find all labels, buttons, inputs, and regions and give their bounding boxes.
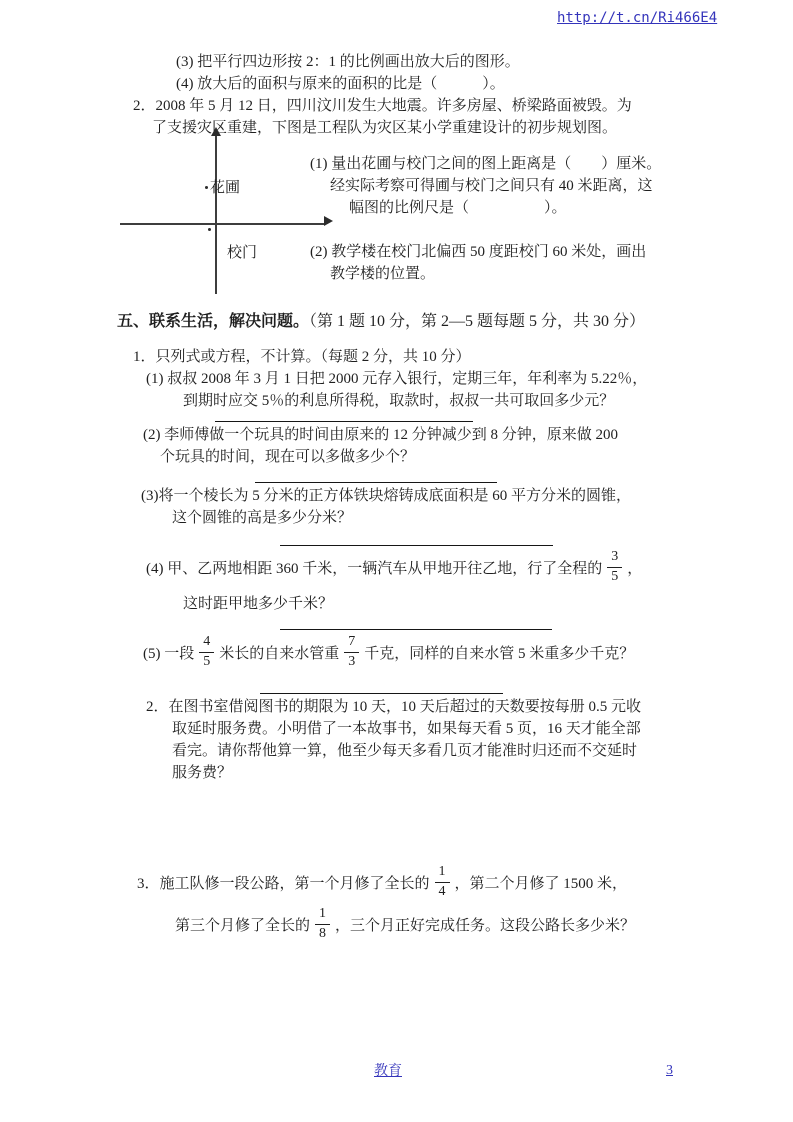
fraction-1-4: 1 4: [435, 865, 450, 899]
prev-item-3: (3) 把平行四边形按 2：1 的比例画出放大后的图形。: [176, 53, 520, 72]
fraction-denominator: 4: [435, 882, 450, 900]
s5-q3-line2-text-post: ，三个月正好完成任务。这段公路长多少米？: [335, 914, 635, 935]
s5-sub1-line2: 到期时应交 5％的利息所得税，取款时，叔叔一共可取回多少元？: [183, 392, 614, 411]
horizontal-axis-line: [120, 223, 326, 225]
map-q1-line1: (1) 量出花圃与校门之间的图上距离是（ ）厘米。: [310, 155, 661, 174]
fraction-7-3: 7 3: [344, 635, 359, 669]
fraction-numerator: 7: [344, 635, 359, 652]
answer-blank-line-5: [260, 693, 503, 694]
garden-label: 花圃: [210, 176, 240, 197]
fraction-1-8: 1 8: [315, 907, 330, 941]
map-q1-line2: 经实际考察可得圃与校门之间只有 40 米距离，这: [330, 177, 653, 196]
fraction-denominator: 5: [199, 652, 214, 670]
s5-sub4-text-pre: (4) 甲、乙两地相距 360 千米，一辆汽车从甲地开往乙地，行了全程的: [146, 557, 602, 578]
s5-q2-line1: 2．在图书室借阅图书的期限为 10 天，10 天后超过的天数要按每册 0.5 元…: [146, 698, 641, 717]
footer-page-number[interactable]: 3: [666, 1061, 673, 1080]
fraction-4-5: 4 5: [199, 635, 214, 669]
s5-sub4-text-post: ，: [627, 557, 642, 578]
s5-q2-line3: 看完。请你帮他算一算，他至少每天多看几页才能准时归还而不交延时: [172, 742, 637, 761]
s5-q2-line2: 取延时服务费。小明借了一本故事书，如果每天看 5 页，16 天才能全部: [172, 720, 641, 739]
east-arrow-icon: [324, 216, 333, 226]
north-arrow-icon: [211, 127, 221, 136]
fraction-denominator: 8: [315, 924, 330, 942]
answer-blank-line-4: [280, 629, 552, 630]
footer-site-link[interactable]: 教育: [374, 1062, 402, 1081]
garden-point-marker: [205, 186, 208, 189]
fraction-denominator: 3: [344, 652, 359, 670]
s5-sub3-line1: (3)将一个棱长为 5 分米的正方体铁块熔铸成底面积是 60 平方分米的圆锥，: [141, 487, 631, 506]
s5-q3-line2-text-pre: 第三个月修了全长的: [175, 914, 310, 935]
vertical-axis-line: [215, 135, 217, 294]
exam-page: http://t.cn/Ri466E4 (3) 把平行四边形按 2：1 的比例画…: [0, 0, 793, 1122]
fraction-numerator: 1: [315, 907, 330, 924]
fraction-numerator: 1: [435, 865, 450, 882]
s5-sub5-text-mid: 米长的自来水管重: [219, 642, 339, 663]
origin-point-marker: [208, 228, 211, 231]
s5-sub1-line1: (1) 叔叔 2008 年 3 月 1 日把 2000 元存入银行，定期三年，年…: [146, 370, 647, 389]
gate-label: 校门: [227, 241, 257, 262]
question2-intro-line1: 2．2008 年 5 月 12 日，四川汶川发生大地震。许多房屋、桥梁路面被毁。…: [133, 97, 632, 116]
header-source-link[interactable]: http://t.cn/Ri466E4: [557, 9, 717, 28]
s5-sub2-line2: 个玩具的时间，现在可以多做多少个？: [160, 448, 415, 467]
s5-sub3-line2: 这个圆锥的高是多少分米？: [172, 509, 352, 528]
map-q2-line1: (2) 教学楼在校门北偏西 50 度距校门 60 米处，画出: [310, 243, 646, 262]
s5-sub4-line1: (4) 甲、乙两地相距 360 千米，一辆汽车从甲地开往乙地，行了全程的 3 5…: [146, 546, 642, 588]
map-q2-line2: 教学楼的位置。: [330, 265, 435, 284]
section5-heading-note: （第 1 题 10 分，第 2—5 题每题 5 分，共 30 分）: [309, 313, 645, 330]
s5-q2-line4: 服务费？: [172, 764, 232, 783]
s5-sub2-line1: (2) 李师傅做一个玩具的时间由原来的 12 分钟减少到 8 分钟，原来做 20…: [143, 426, 618, 445]
fraction-denominator: 5: [607, 567, 622, 585]
s5-sub4-line2: 这时距甲地多少千米？: [183, 595, 333, 614]
s5-q3-line1: 3．施工队修一段公路，第一个月修了全长的 1 4 ，第二个月修了 1500 米，: [137, 861, 627, 903]
s5-q3-line2: 第三个月修了全长的 1 8 ，三个月正好完成任务。这段公路长多少米？: [175, 903, 635, 945]
fraction-3-5: 3 5: [607, 550, 622, 584]
section5-heading: 五、联系生活，解决问题。（第 1 题 10 分，第 2—5 题每题 5 分，共 …: [117, 312, 645, 331]
s5-q3-text-pre: 3．施工队修一段公路，第一个月修了全长的: [137, 872, 430, 893]
s5-sub5-text-pre: (5) 一段: [143, 642, 194, 663]
s5-sub5-line: (5) 一段 4 5 米长的自来水管重 7 3 千克，同样的自来水管 5 米重多…: [143, 631, 634, 673]
s5-q3-text-post: ，第二个月修了 1500 米，: [455, 872, 628, 893]
answer-blank-line-2: [255, 482, 497, 483]
fraction-numerator: 4: [199, 635, 214, 652]
map-q1-line3: 幅图的比例尺是（ ）。: [349, 199, 567, 218]
fraction-numerator: 3: [607, 550, 622, 567]
school-map-diagram: 花圃 校门: [118, 128, 343, 298]
section5-heading-title: 五、联系生活，解决问题。: [117, 313, 309, 330]
s5-sub5-text-post: 千克，同样的自来水管 5 米重多少千克？: [364, 642, 634, 663]
answer-blank-line-1: [215, 421, 473, 422]
prev-item-4: (4) 放大后的面积与原来的面积的比是（ ）。: [176, 75, 505, 94]
s5-q1-intro: 1．只列式或方程，不计算。（每题 2 分，共 10 分）: [133, 348, 471, 367]
